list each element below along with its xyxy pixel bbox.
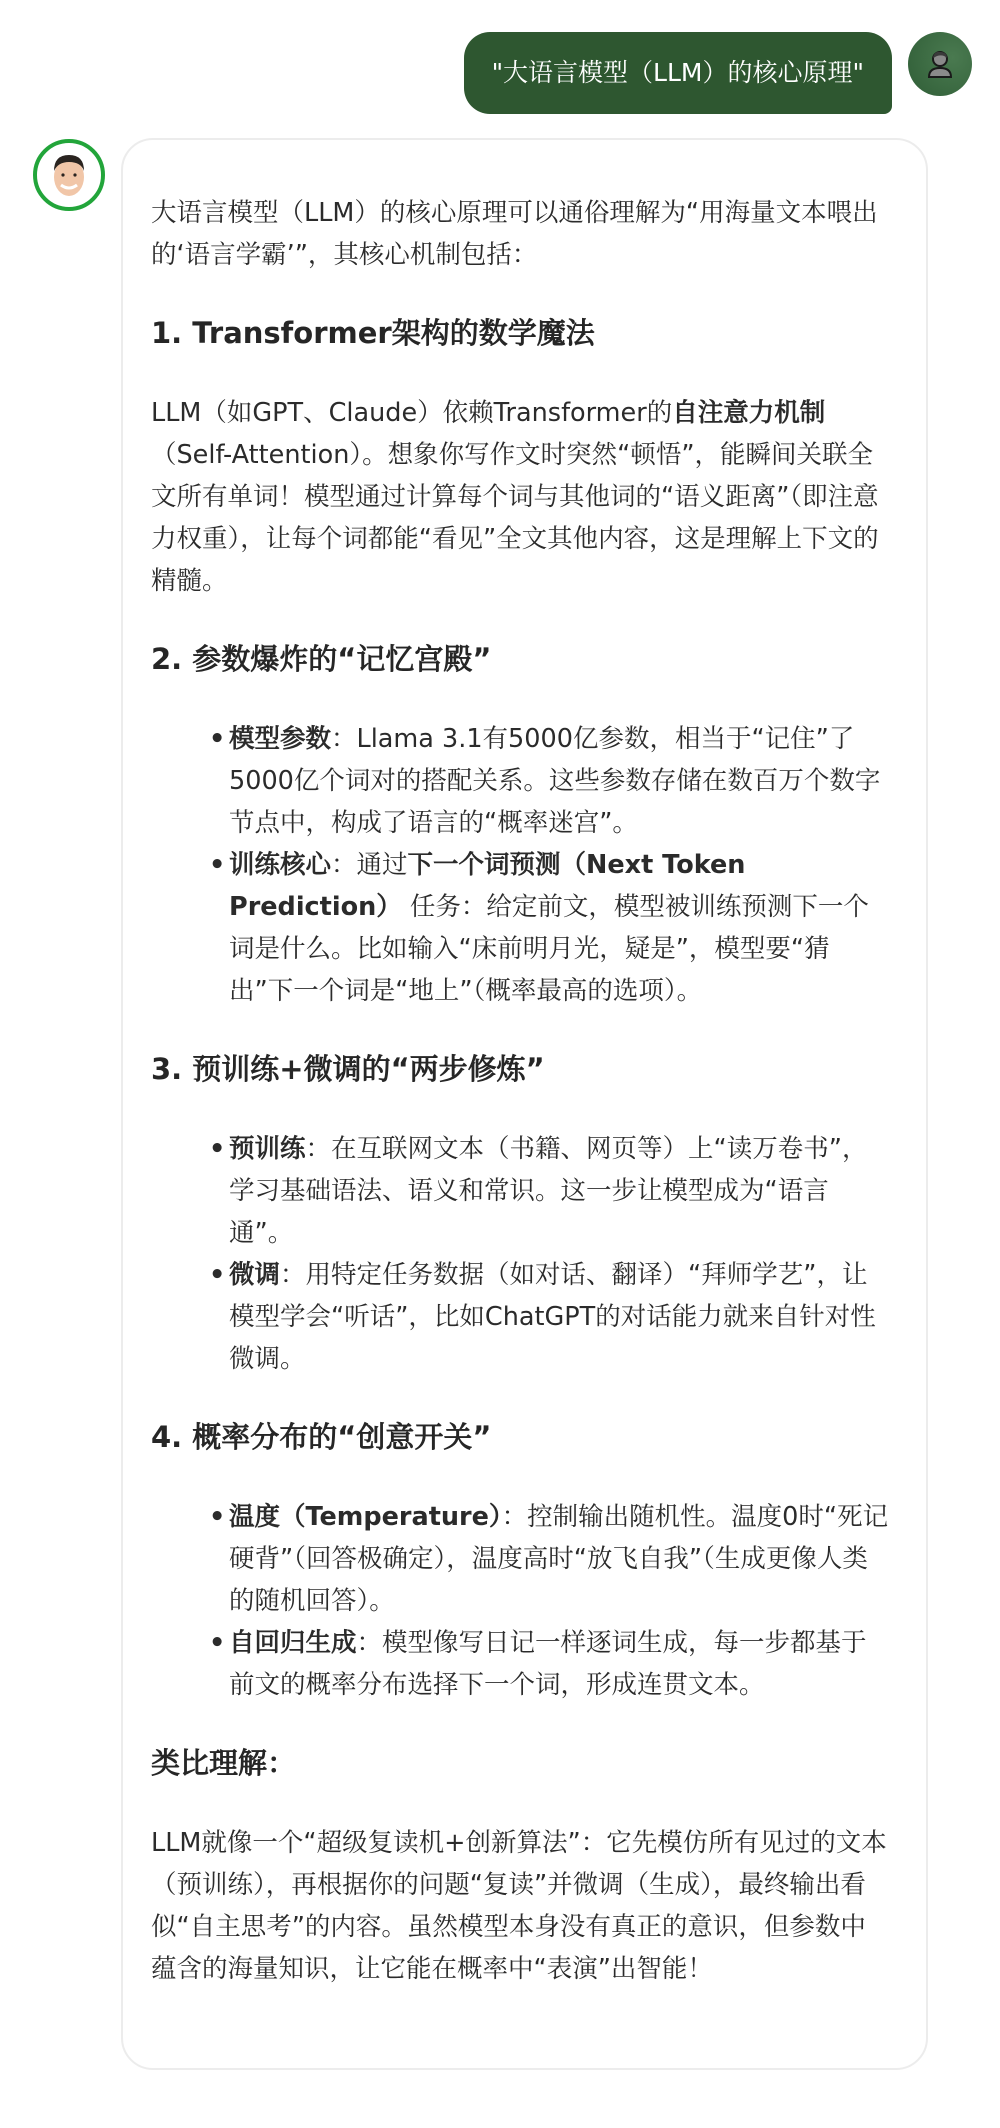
- bold-term: 预训练: [229, 1134, 306, 1164]
- list-item: 温度（Temperature）：控制输出随机性。温度0时“死记硬背”（回答极确定…: [209, 1496, 890, 1622]
- section-heading-1: 1. Transformer架构的数学魔法: [151, 312, 890, 354]
- user-message-row: "大语言模型（LLM）的核心原理": [464, 32, 972, 114]
- section-heading-2: 2. 参数爆炸的“记忆宫殿”: [151, 638, 890, 680]
- user-avatar-icon: [925, 49, 955, 79]
- assistant-avatar-photo: [49, 149, 89, 201]
- assistant-message-card: 大语言模型（LLM）的核心原理可以通俗理解为“用海量文本喂出的‘语言学霸’”，其…: [121, 138, 928, 2070]
- bold-term: 自注意力机制: [672, 398, 825, 428]
- list-item: 微调：用特定任务数据（如对话、翻译）“拜师学艺”，让模型学会“听话”，比如Cha…: [209, 1254, 890, 1380]
- section-1-paragraph: LLM（如GPT、Claude）依赖Transformer的自注意力机制（Sel…: [151, 392, 890, 602]
- analogy-paragraph: LLM就像一个“超级复读机+创新算法”：它先模仿所有见过的文本（预训练），再根据…: [151, 1822, 890, 1990]
- bold-term: 训练核心: [229, 850, 331, 880]
- text-span: ：在互联网文本（书籍、网页等）上“读万卷书”，学习基础语法、语义和常识。这一步让…: [229, 1134, 867, 1248]
- section-heading-3: 3. 预训练+微调的“两步修炼”: [151, 1048, 890, 1090]
- bold-term: 微调: [229, 1260, 280, 1290]
- section-2-list: 模型参数：Llama 3.1有5000亿参数，相当于“记住”了5000亿个词对的…: [151, 718, 890, 1012]
- assistant-avatar[interactable]: [33, 139, 105, 211]
- list-item: 模型参数：Llama 3.1有5000亿参数，相当于“记住”了5000亿个词对的…: [209, 718, 890, 844]
- text-span: （Self-Attention）。想象你写作文时突然“顿悟”，能瞬间关联全文所有…: [151, 440, 879, 596]
- user-message-bubble: "大语言模型（LLM）的核心原理": [464, 32, 892, 114]
- bold-term: 温度（Temperature）: [229, 1502, 502, 1532]
- intro-paragraph: 大语言模型（LLM）的核心原理可以通俗理解为“用海量文本喂出的‘语言学霸’”，其…: [151, 192, 890, 276]
- bold-term: 自回归生成: [229, 1628, 357, 1658]
- section-4-list: 温度（Temperature）：控制输出随机性。温度0时“死记硬背”（回答极确定…: [151, 1496, 890, 1706]
- analogy-heading: 类比理解：: [151, 1742, 890, 1784]
- list-item: 自回归生成：模型像写日记一样逐词生成，每一步都基于前文的概率分布选择下一个词，形…: [209, 1622, 890, 1706]
- list-item: 训练核心：通过下一个词预测（Next Token Prediction） 任务：…: [209, 844, 890, 1012]
- list-item: 预训练：在互联网文本（书籍、网页等）上“读万卷书”，学习基础语法、语义和常识。这…: [209, 1128, 890, 1254]
- user-avatar[interactable]: [908, 32, 972, 96]
- section-3-list: 预训练：在互联网文本（书籍、网页等）上“读万卷书”，学习基础语法、语义和常识。这…: [151, 1128, 890, 1380]
- text-span: ：通过: [331, 850, 408, 880]
- bold-term: 模型参数: [229, 724, 331, 754]
- text-span: LLM（如GPT、Claude）依赖Transformer的: [151, 398, 672, 428]
- text-span: ：用特定任务数据（如对话、翻译）“拜师学艺”，让模型学会“听话”，比如ChatG…: [229, 1260, 876, 1374]
- section-heading-4: 4. 概率分布的“创意开关”: [151, 1416, 890, 1458]
